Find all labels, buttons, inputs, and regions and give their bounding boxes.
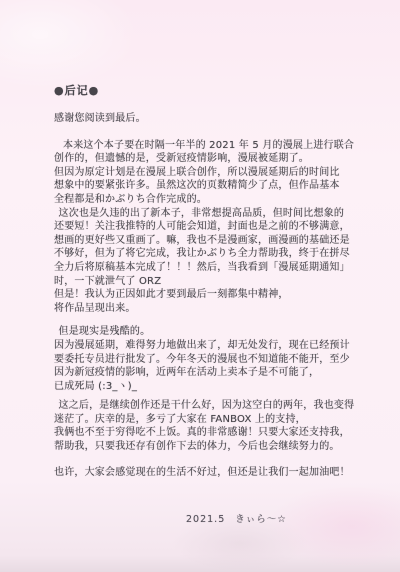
afterword-title: ●后记●: [54, 84, 346, 98]
text-line: 将作品呈现出来。: [54, 302, 346, 316]
text-line: 但是！我认为正因如此才要到最后一刻都集中精神，: [54, 288, 346, 302]
text-line: 创作的，但遗憾的是，受新冠疫情影响，漫展被延期了。: [54, 152, 346, 166]
text-line: 这次也是久违的出了新本子，非常想提高品质，但时间比想象的: [54, 207, 346, 221]
text-line: 我俩也不至于穷得吃不上饭。真的非常感谢！只要大家还支持我，: [54, 426, 346, 440]
text-line: 因为漫展延期，难得努力地做出来了，却无处发行，现在已经预计: [54, 339, 346, 353]
paragraph-reality: 但是现实是残酷的。 因为漫展延期，难得努力地做出来了，却无处发行，现在已经预计 …: [54, 325, 346, 393]
text-line: 想象中的要紧张许多。虽然这次的页数精简少了点，但作品基本: [54, 179, 346, 193]
text-line: 帮助我，只要我还存有创作下去的体力，今后也会继续努力的。: [54, 440, 346, 454]
signature: 2021.5きぃら～☆: [186, 511, 346, 525]
afterword-page: ●后记● 感谢您阅读到最后。 本来这个本子要在时隔一年半的 2021 年 5 月…: [0, 0, 400, 572]
text-line: 但因为原定计划是在漫展上联合创作，所以漫展延期后的时间比: [54, 166, 346, 180]
closing-line: 也许，大家会感觉现在的生活不好过，但还是让我们一起加油吧！: [54, 466, 346, 480]
text-line: 要委托专员进行批发了。今年冬天的漫展也不知道能不能开，至少: [54, 353, 346, 367]
text-line: 这之后，是继续创作还是干什么好，因为这空白的两年，我也变得: [54, 399, 346, 413]
signature-name: きぃら～☆: [235, 514, 287, 525]
thanks-line: 感谢您阅读到最后。: [54, 112, 346, 126]
text-line: 本来这个本子要在时隔一年半的 2021 年 5 月的漫展上进行联合: [54, 139, 346, 153]
text-line: 想画的更好些又重画了。嘛，我也不是漫画家，画漫画的基础还是: [54, 234, 346, 248]
text-line: 已成死局 (:3_ヽ)_: [54, 380, 346, 394]
text-line: 还要短！关注我推特的人可能会知道，封面也是之前的不够满意，: [54, 220, 346, 234]
paragraph-future: 这之后，是继续创作还是干什么好，因为这空白的两年，我也变得 迷茫了。庆幸的是，多…: [54, 399, 346, 453]
paragraph-main: 本来这个本子要在时隔一年半的 2021 年 5 月的漫展上进行联合 创作的，但遗…: [54, 139, 346, 316]
text-line: 迷茫了。庆幸的是，多亏了大家在 FANBOX 上的支持，: [54, 413, 346, 427]
text-line: 全程都是和かぶりち合作完成的。: [54, 193, 346, 207]
text-line: 因为新冠疫情的影响，近两年在活动上卖本子是不可能了，: [54, 366, 346, 380]
signature-date: 2021.5: [186, 514, 225, 525]
text-line: 不够好，但为了将它完成，我让かぶりち全力帮助我，终于在拼尽: [54, 247, 346, 261]
text-line: 全力后将原稿基本完成了！！！然后，当我看到「漫展延期通知」: [54, 261, 346, 275]
text-line: 但是现实是残酷的。: [54, 325, 346, 339]
text-line: 时，一下就泄气了 ORZ: [54, 275, 346, 289]
